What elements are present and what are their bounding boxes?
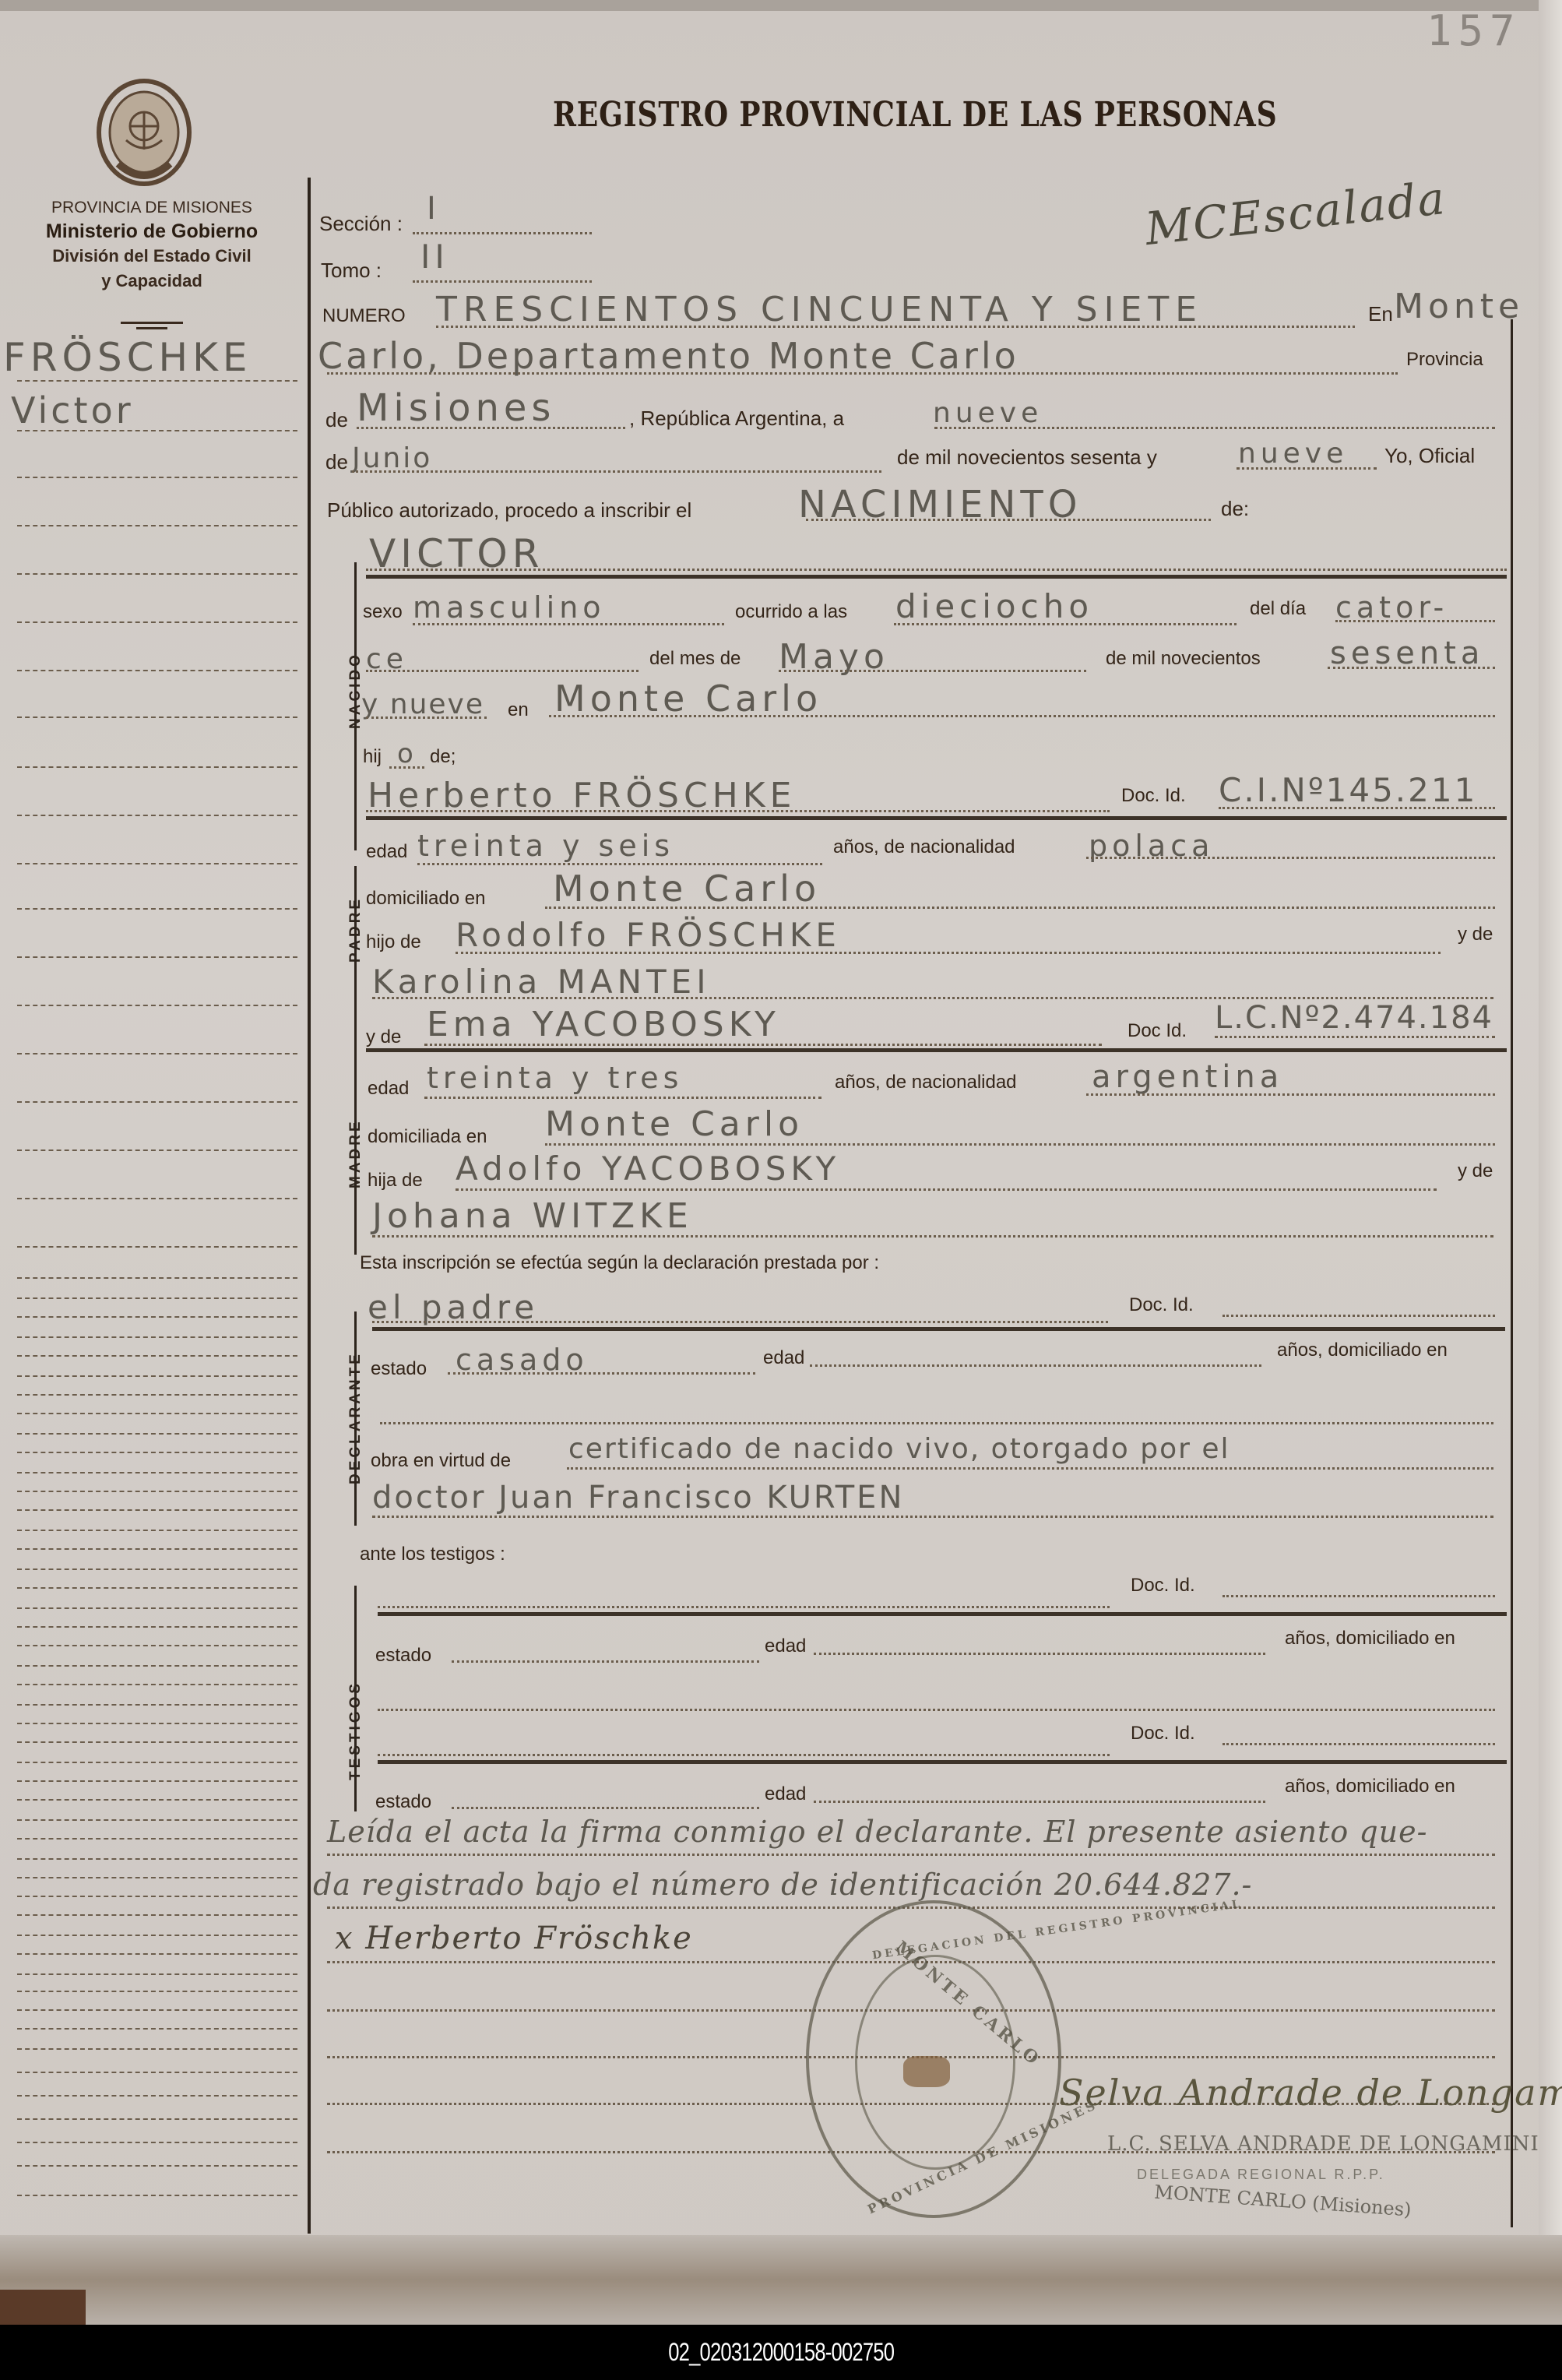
maternal-grandmother: Johana WITZKE: [372, 1196, 693, 1236]
father-domicile-label: domiciliado en: [366, 888, 485, 910]
witness1-edad-label: edad: [765, 1635, 806, 1657]
birth-place: Monte Carlo: [554, 678, 822, 720]
declarant-domicile-label: años, domiciliado en: [1277, 1340, 1448, 1361]
issuing-authority: PROVINCIA DE MISIONES Ministerio de Gobi…: [0, 199, 304, 291]
mes-label: del mes de: [649, 648, 741, 670]
witness2-domicile-label: años, domiciliado en: [1285, 1776, 1455, 1797]
margin-ruled-line: [17, 2118, 297, 2120]
page-bottom-edge: [0, 2235, 1562, 2325]
margin-ruled-line: [17, 1246, 297, 1248]
mother-hija-de-label: hija de: [368, 1170, 423, 1192]
margin-ruled-line: [17, 1491, 297, 1492]
declarante-intro: Esta inscripción se efectúa según la dec…: [360, 1252, 879, 1274]
margin-ruled-line: [17, 1741, 297, 1743]
month-de-label: de: [325, 450, 348, 474]
margin-ruled-line: [17, 2142, 297, 2143]
margin-ruled-line: [17, 1198, 297, 1199]
registration-day: nueve: [933, 397, 1043, 429]
page-number: 157: [1427, 6, 1522, 55]
margin-ruled-line: [17, 1509, 297, 1511]
mother-nationality: argentina: [1092, 1059, 1283, 1095]
tomo-value: II: [420, 238, 449, 276]
ministry-heading: Ministerio de Gobierno: [0, 220, 304, 243]
hijo-label: hij: [363, 746, 382, 768]
numero-value: TRESCIENTOS CINCUENTA Y SIETE: [436, 290, 1203, 329]
header-rule-short: [136, 327, 167, 329]
republica-label: , República Argentina, a: [629, 407, 844, 431]
margin-ruled-line: [17, 1568, 297, 1570]
margin-ruled-line: [17, 1607, 297, 1609]
registration-year: nueve: [1238, 438, 1348, 470]
hijo-de-label: de;: [430, 746, 456, 768]
mother-y-de-label-2: y de: [1458, 1160, 1493, 1182]
father-doc-label: Doc. Id.: [1121, 785, 1186, 807]
section-label-madre: MADRE: [347, 1087, 364, 1188]
birth-hour: dieciocho: [895, 587, 1093, 625]
officer-stamp-location: MONTE CARLO (Misiones): [1153, 2181, 1412, 2220]
margin-ruled-line: [17, 2028, 297, 2030]
margin-ruled-line: [17, 2072, 297, 2073]
margin-ruled-line: [17, 1877, 297, 1878]
mother-doc-label: Doc Id.: [1128, 1020, 1187, 1042]
margin-ruled-line: [17, 1530, 297, 1531]
margin-ruled-line: [17, 1935, 297, 1936]
father-nationality-label: años, de nacionalidad: [833, 836, 1015, 858]
nacido-en-label: en: [508, 699, 529, 721]
sexo-value: masculino: [413, 590, 606, 625]
margin-ruled-line: [17, 1053, 297, 1054]
margin-ruled-line: [17, 2165, 297, 2167]
margin-ruled-line: [17, 1780, 297, 1782]
margin-ruled-line: [17, 1665, 297, 1667]
margin-ruled-line: [17, 1799, 297, 1801]
section-label-padre: PADRE: [347, 861, 364, 963]
margin-ruled-line: [17, 2009, 297, 2011]
margin-ruled-line: [17, 1101, 297, 1103]
margin-ruled-line: [17, 815, 297, 816]
margin-ruled-line: [17, 1277, 297, 1279]
document-title: REGISTRO PROVINCIAL DE LAS PERSONAS: [553, 95, 1277, 135]
column-divider: [308, 178, 311, 2234]
margin-ruled-line: [17, 430, 297, 431]
margin-ruled-line: [17, 1762, 297, 1763]
margin-given-name: Victor: [11, 389, 134, 431]
margin-ruled-line: [17, 2095, 297, 2097]
margin-ruled-line: [17, 1150, 297, 1151]
obra-value-1: certificado de nacido vivo, otorgado por…: [568, 1433, 1230, 1465]
declarant-signature: x Herberto Fröschke: [335, 1921, 693, 1956]
officer-signature: Selva Andrade de Longamini: [1059, 2072, 1562, 2114]
margin-ruled-line: [17, 1394, 297, 1396]
margin-ruled-line: [17, 1896, 297, 1897]
margin-ruled-line: [17, 1991, 297, 1992]
tomo-label: Tomo :: [321, 259, 382, 283]
margin-ruled-line: [17, 2048, 297, 2050]
margin-ruled-line: [17, 1452, 297, 1453]
margin-ruled-line: [17, 573, 297, 575]
margin-surname: FRÖSCHKE: [3, 335, 252, 380]
margin-ruled-line: [17, 477, 297, 478]
publico-label: Público autorizado, procedo a inscribir …: [327, 498, 691, 523]
provincial-crest-icon: [95, 78, 193, 187]
page-top-edge: [0, 0, 1562, 11]
obra-value-2: doctor Juan Francisco KURTEN: [372, 1480, 904, 1516]
mother-doc-value: L.C.Nº2.474.184: [1215, 1000, 1493, 1036]
en-value: Monte: [1394, 287, 1524, 326]
closing-note-line-2: da registrado bajo el número de identifi…: [313, 1868, 1252, 1902]
margin-ruled-line: [17, 1684, 297, 1685]
provincia-label: Provincia: [1406, 349, 1483, 371]
province-value: Misiones: [357, 386, 555, 430]
testigos-intro: ante los testigos :: [360, 1544, 505, 1565]
margin-ruled-line: [17, 1587, 297, 1589]
father-edad-label: edad: [366, 841, 407, 863]
margin-ruled-line: [17, 670, 297, 671]
registration-month: Junio: [352, 442, 432, 474]
binding-corner: [0, 2290, 86, 2325]
margin-ruled-line: [17, 1375, 297, 1377]
margin-ruled-line: [17, 1914, 297, 1916]
province-heading: PROVINCIA DE MISIONES: [0, 199, 304, 217]
hijo-value: o: [397, 738, 418, 769]
division-heading: División del Estado Civil: [0, 246, 304, 266]
margin-ruled-line: [17, 1953, 297, 1955]
witness2-doc-label: Doc. Id.: [1131, 1723, 1195, 1745]
father-domicile: Monte Carlo: [553, 868, 821, 910]
right-border: [1511, 319, 1513, 2227]
section-label-declarante: DECLARANTE: [347, 1352, 364, 1484]
margin-ruled-line: [17, 1336, 297, 1338]
margin-ruled-line: [17, 1355, 297, 1357]
mother-age: treinta y tres: [427, 1061, 683, 1095]
mother-edad-label: edad: [368, 1078, 409, 1100]
margin-ruled-line: [17, 525, 297, 526]
margin-ruled-line: [17, 1838, 297, 1840]
officer-stamp-name: L.C. SELVA ANDRADE DE LONGAMINI: [1107, 2132, 1539, 2156]
margin-ruled-line: [17, 1723, 297, 1724]
seccion-label: Sección :: [319, 212, 403, 236]
margin-ruled-line: [17, 1433, 297, 1435]
ocurrido-label: ocurrido a las: [735, 601, 847, 623]
capacity-heading: y Capacidad: [0, 271, 304, 291]
margin-ruled-line: [17, 2195, 297, 2196]
margin-ruled-line: [17, 1472, 297, 1473]
father-age: treinta y seis: [417, 829, 674, 863]
seal-ink-blot: [903, 2056, 950, 2087]
sexo-label: sexo: [363, 601, 403, 623]
act-de-label: de:: [1221, 497, 1249, 521]
header-rule: [121, 322, 183, 324]
margin-ruled-line: [17, 766, 297, 768]
declarant-estado-label: estado: [371, 1358, 427, 1380]
margin-ruled-line: [17, 1858, 297, 1860]
margin-ruled-line: [17, 1819, 297, 1821]
witness2-edad-label: edad: [765, 1783, 806, 1805]
margin-ruled-line: [17, 716, 297, 718]
oficial-label: Yo, Oficial: [1384, 444, 1475, 468]
witness2-estado-label: estado: [375, 1791, 431, 1813]
maternal-grandfather: Adolfo YACOBOSKY: [456, 1150, 840, 1188]
father-y-de-label: y de: [1458, 924, 1493, 945]
mother-name: Ema YACOBOSKY: [427, 1005, 780, 1044]
witness1-doc-label: Doc. Id.: [1131, 1575, 1195, 1597]
year-label: de mil novecientos sesenta y: [897, 445, 1157, 470]
margin-ruled-line: [17, 1413, 297, 1414]
nacido-year-label: de mil novecientos: [1106, 648, 1261, 670]
section-label-testigos: TESTIGOS: [347, 1664, 364, 1780]
closing-note-line-1: Leída el acta la firma conmigo el declar…: [327, 1815, 1427, 1849]
officer-stamp-title: DELEGADA REGIONAL R.P.P.: [1137, 2167, 1385, 2183]
scan-caption: 02_020312000158-002750: [668, 2338, 894, 2367]
father-hijo-de-label: hijo de: [366, 931, 421, 953]
margin-ruled-line: [17, 1548, 297, 1550]
margin-ruled-line: [17, 863, 297, 864]
paternal-grandfather: Rodolfo FRÖSCHKE: [456, 916, 841, 954]
document-page: 157 PROVINCIA DE MISIONES Ministerio de …: [0, 0, 1562, 2325]
margin-ruled-line: [17, 908, 297, 910]
obra-label: obra en virtud de: [371, 1450, 511, 1472]
witness1-estado-label: estado: [375, 1645, 431, 1667]
page-right-edge: [1539, 0, 1562, 2325]
mother-y-de-label: y de: [366, 1026, 401, 1048]
margin-ruled-line: [17, 1704, 297, 1706]
margin-ruled-line: [17, 1645, 297, 1646]
mother-domicile-label: domiciliada en: [368, 1126, 487, 1148]
margin-ruled-line: [17, 1626, 297, 1628]
numero-label: NUMERO: [322, 305, 406, 327]
father-doc-value: C.I.Nº145.211: [1219, 771, 1477, 809]
de-label: de: [325, 408, 348, 432]
declarant-edad-label: edad: [763, 1347, 804, 1369]
mother-domicile: Monte Carlo: [545, 1104, 804, 1144]
dia-label: del día: [1250, 598, 1306, 620]
seccion-value: I: [427, 191, 441, 227]
registrar-signature: MCEscalada: [1143, 171, 1449, 255]
scan-caption-bar: 02_020312000158-002750: [0, 2325, 1562, 2380]
margin-ruled-line: [17, 1973, 297, 1975]
margin-ruled-line: [17, 1297, 297, 1299]
paternal-grandmother: Karolina MANTEI: [372, 963, 711, 1001]
mother-nationality-label: años, de nacionalidad: [835, 1072, 1017, 1093]
place-value: Carlo, Departamento Monte Carlo: [318, 335, 1019, 377]
margin-ruled-line: [17, 621, 297, 623]
birth-year-2: y nueve: [361, 688, 484, 720]
margin-ruled-line: [17, 1005, 297, 1006]
witness1-domicile-label: años, domiciliado en: [1285, 1628, 1455, 1649]
margin-ruled-line: [17, 956, 297, 958]
en-label: En: [1368, 302, 1393, 326]
margin-ruled-line: [17, 380, 297, 382]
margin-ruled-line: [17, 1316, 297, 1318]
declarant-doc-label: Doc. Id.: [1129, 1294, 1194, 1316]
